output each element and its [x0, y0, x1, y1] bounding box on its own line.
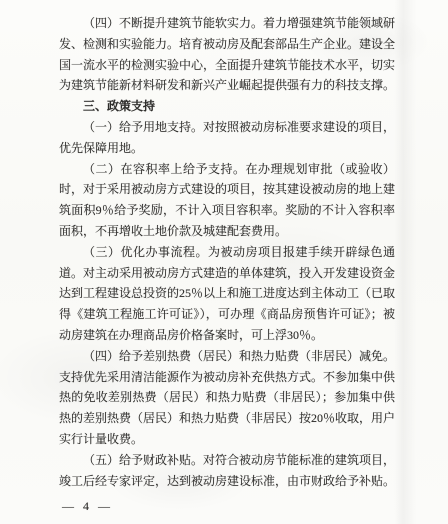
paragraph-land-support: （一）给予用地支持。对按照被动房标准要求建设的项目，优先保障用地。 — [59, 117, 395, 159]
paragraph-fiscal-subsidy: （五）给予财政补贴。对符合被动房节能标准的建筑项目，竣工后经专家评定，达到被动房… — [59, 450, 395, 492]
page-number: — 4 — — [62, 497, 113, 515]
paragraph-floor-area-ratio-support: （二）在容积率上给予支持。在办理规划审批（或验收）时，对于采用被动房方式建设的项… — [59, 159, 395, 242]
paragraph-heating-fee-reduction: （四）给予差别热费（居民）和热力贴费（非居民）减免。支持优先采用清洁能源作为被动… — [59, 346, 395, 450]
paragraph-soft-strength: （四）不断提升建筑节能软实力。着力增强建筑节能领域研发、检测和实验能力。培育被动… — [59, 13, 395, 96]
paragraph-process-optimization: （三）优化办事流程。为被动房项目报建手续开辟绿色通道。对主动采用被动房方式建造的… — [59, 242, 395, 346]
document-body: （四）不断提升建筑节能软实力。着力增强建筑节能领域研发、检测和实验能力。培育被动… — [59, 13, 395, 491]
scanned-document-page: （四）不断提升建筑节能软实力。着力增强建筑节能领域研发、检测和实验能力。培育被动… — [0, 0, 448, 524]
section-heading-policy-support: 三、政策支持 — [59, 96, 395, 117]
